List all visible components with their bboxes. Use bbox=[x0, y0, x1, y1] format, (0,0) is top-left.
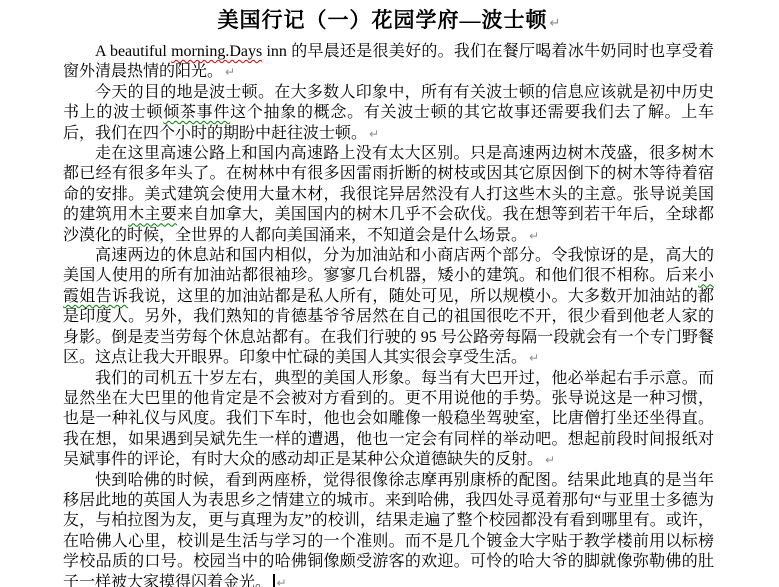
paragraph-mark: ↵ bbox=[527, 229, 539, 243]
paragraph: 今天的目的地是波士顿。在大多数人印象中，所有有关波士顿的信息应该就是初中历史书上… bbox=[63, 83, 714, 144]
paragraph: 走在这里高速公路上和国内高速路上没有太大区别。只是高速两边树木茂盛，很多树木都已… bbox=[63, 144, 714, 246]
text-run: 我们的司机五十岁左右，典型的美国人形象。每当有大巴开过，他必举起右手示意。而显然… bbox=[63, 370, 714, 469]
paragraph: A beautiful morning.Days inn 的早晨还是很美好的。我… bbox=[63, 42, 714, 83]
text-run: 高速两边的休息站和国内相似，分为加油站和小商店两个部分。令我惊讶的是，高大的美国… bbox=[63, 247, 714, 284]
paragraph: 我们的司机五十岁左右，典型的美国人形象。每当有大巴开过，他必举起右手示意。而显然… bbox=[63, 369, 714, 471]
paragraph: 高速两边的休息站和国内相似，分为加油站和小商店两个部分。令我惊讶的是，高大的美国… bbox=[63, 246, 714, 368]
paragraph-mark: ↵ bbox=[367, 127, 379, 141]
document-title-text: 美国行记（一）花园学府—波士顿 bbox=[218, 8, 548, 32]
document-body[interactable]: A beautiful morning.Days inn 的早晨还是很美好的。我… bbox=[63, 42, 714, 587]
paragraph-mark: ↵ bbox=[527, 351, 539, 365]
paragraph-mark: ↵ bbox=[275, 576, 287, 587]
text-run: A beautiful bbox=[95, 43, 171, 60]
text-run: 我说，这里的加油站都是私人所有，随处可见，所以规模小。大多数开加油站的都是印度人… bbox=[63, 288, 714, 366]
spelling-error-text: morning.Days bbox=[171, 43, 262, 60]
grammar-error-text: 倾茶事件 bbox=[163, 104, 230, 121]
paragraph-mark: ↵ bbox=[548, 16, 562, 31]
document-page: 美国行记（一）花园学府—波士顿↵ A beautiful morning.Day… bbox=[0, 0, 779, 587]
grammar-error-text: 木主要 bbox=[128, 206, 177, 223]
paragraph-mark: ↵ bbox=[223, 65, 235, 79]
paragraph: 快到哈佛的时候，看到两座桥，觉得很像徐志摩再别康桥的配图。结果此地真的是当年移居… bbox=[63, 471, 714, 587]
text-run: 快到哈佛的时候，看到两座桥，觉得很像徐志摩再别康桥的配图。结果此地真的是当年移居… bbox=[63, 472, 714, 587]
paragraph-mark: ↵ bbox=[543, 453, 555, 467]
document-title: 美国行记（一）花园学府—波士顿↵ bbox=[0, 5, 779, 39]
